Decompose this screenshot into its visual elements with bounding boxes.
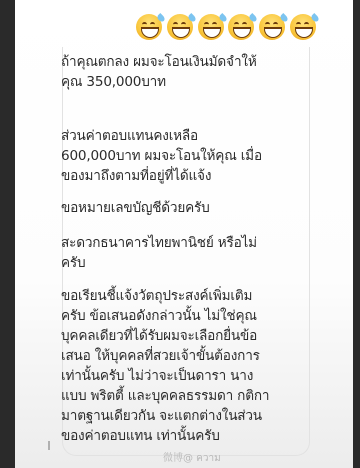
message-line: คุณ 350,000บาท bbox=[61, 72, 301, 92]
message-line: บุคคลเดียวที่ได้รับผมจะเลือกยื่นข้อ bbox=[61, 326, 301, 346]
message-line: แบบ พริตตี้ และบุคคลธรรมดา กติกา bbox=[61, 386, 301, 406]
message-line: ของมาถึงตามที่อยู่ที่ได้แจ้ง bbox=[61, 166, 301, 186]
message-line: ส่วนค่าตอบแทนคงเหลือ bbox=[61, 126, 301, 146]
message-line: เสนอ ให้บุคคลที่สวยเจ้าขั้นต้องการ bbox=[61, 346, 301, 366]
weibo-watermark: 微博@ ความ bbox=[163, 449, 221, 466]
message-line: สะดวกธนาคารไทยพานิชย์ หรือไม่ bbox=[61, 233, 301, 253]
sweat-smile-emoji-icon bbox=[227, 13, 257, 43]
message-line: มาตฐานเดียวกัน จะแตกต่างในส่วน bbox=[61, 406, 301, 426]
message-line: ครับ bbox=[61, 253, 301, 273]
scroll-indicator bbox=[48, 441, 50, 450]
sweat-smile-emoji-icon bbox=[135, 13, 165, 43]
sweat-smile-emoji-icon bbox=[166, 13, 196, 43]
message-line: ครับ ข้อเสนอดังกล่าวนั้น ไม่ใช่คุณ bbox=[61, 306, 301, 326]
message-line: 600,000บาท ผมจะโอนให้คุณ เมื่อ bbox=[61, 146, 301, 166]
message-remaining-payment: ส่วนค่าตอบแทนคงเหลือ 600,000บาท ผมจะโอนใ… bbox=[61, 126, 301, 186]
sweat-smile-emoji-icon bbox=[289, 13, 319, 43]
message-account-request: ขอหมายเลขบัญชีด้วยครับ bbox=[61, 198, 301, 218]
message-deposit-offer: ถ้าคุณตกลง ผมจะโอนเงินมัดจำให้ คุณ 350,0… bbox=[61, 52, 301, 92]
message-line: เท่านั้นครับ ไม่ว่าจะเป็นดารา นาง bbox=[61, 366, 301, 386]
message-line: ขอหมายเลขบัญชีด้วยครับ bbox=[61, 198, 301, 218]
sweat-smile-emoji-icon bbox=[197, 13, 227, 43]
message-line: ถ้าคุณตกลง ผมจะโอนเงินมัดจำให้ bbox=[61, 52, 301, 72]
sweat-smile-emoji-icon bbox=[258, 13, 288, 43]
emoji-reaction-row bbox=[135, 13, 320, 43]
message-bank-question: สะดวกธนาคารไทยพานิชย์ หรือไม่ ครับ bbox=[61, 233, 301, 273]
message-purpose-explanation: ขอเรียนชี้แจ้งวัตถุประสงค์เพิ่มเติม ครับ… bbox=[61, 286, 301, 446]
message-line: ขอเรียนชี้แจ้งวัตถุประสงค์เพิ่มเติม bbox=[61, 286, 301, 306]
message-line: ของค่าตอบแทน เท่านั้นครับ bbox=[61, 426, 301, 446]
